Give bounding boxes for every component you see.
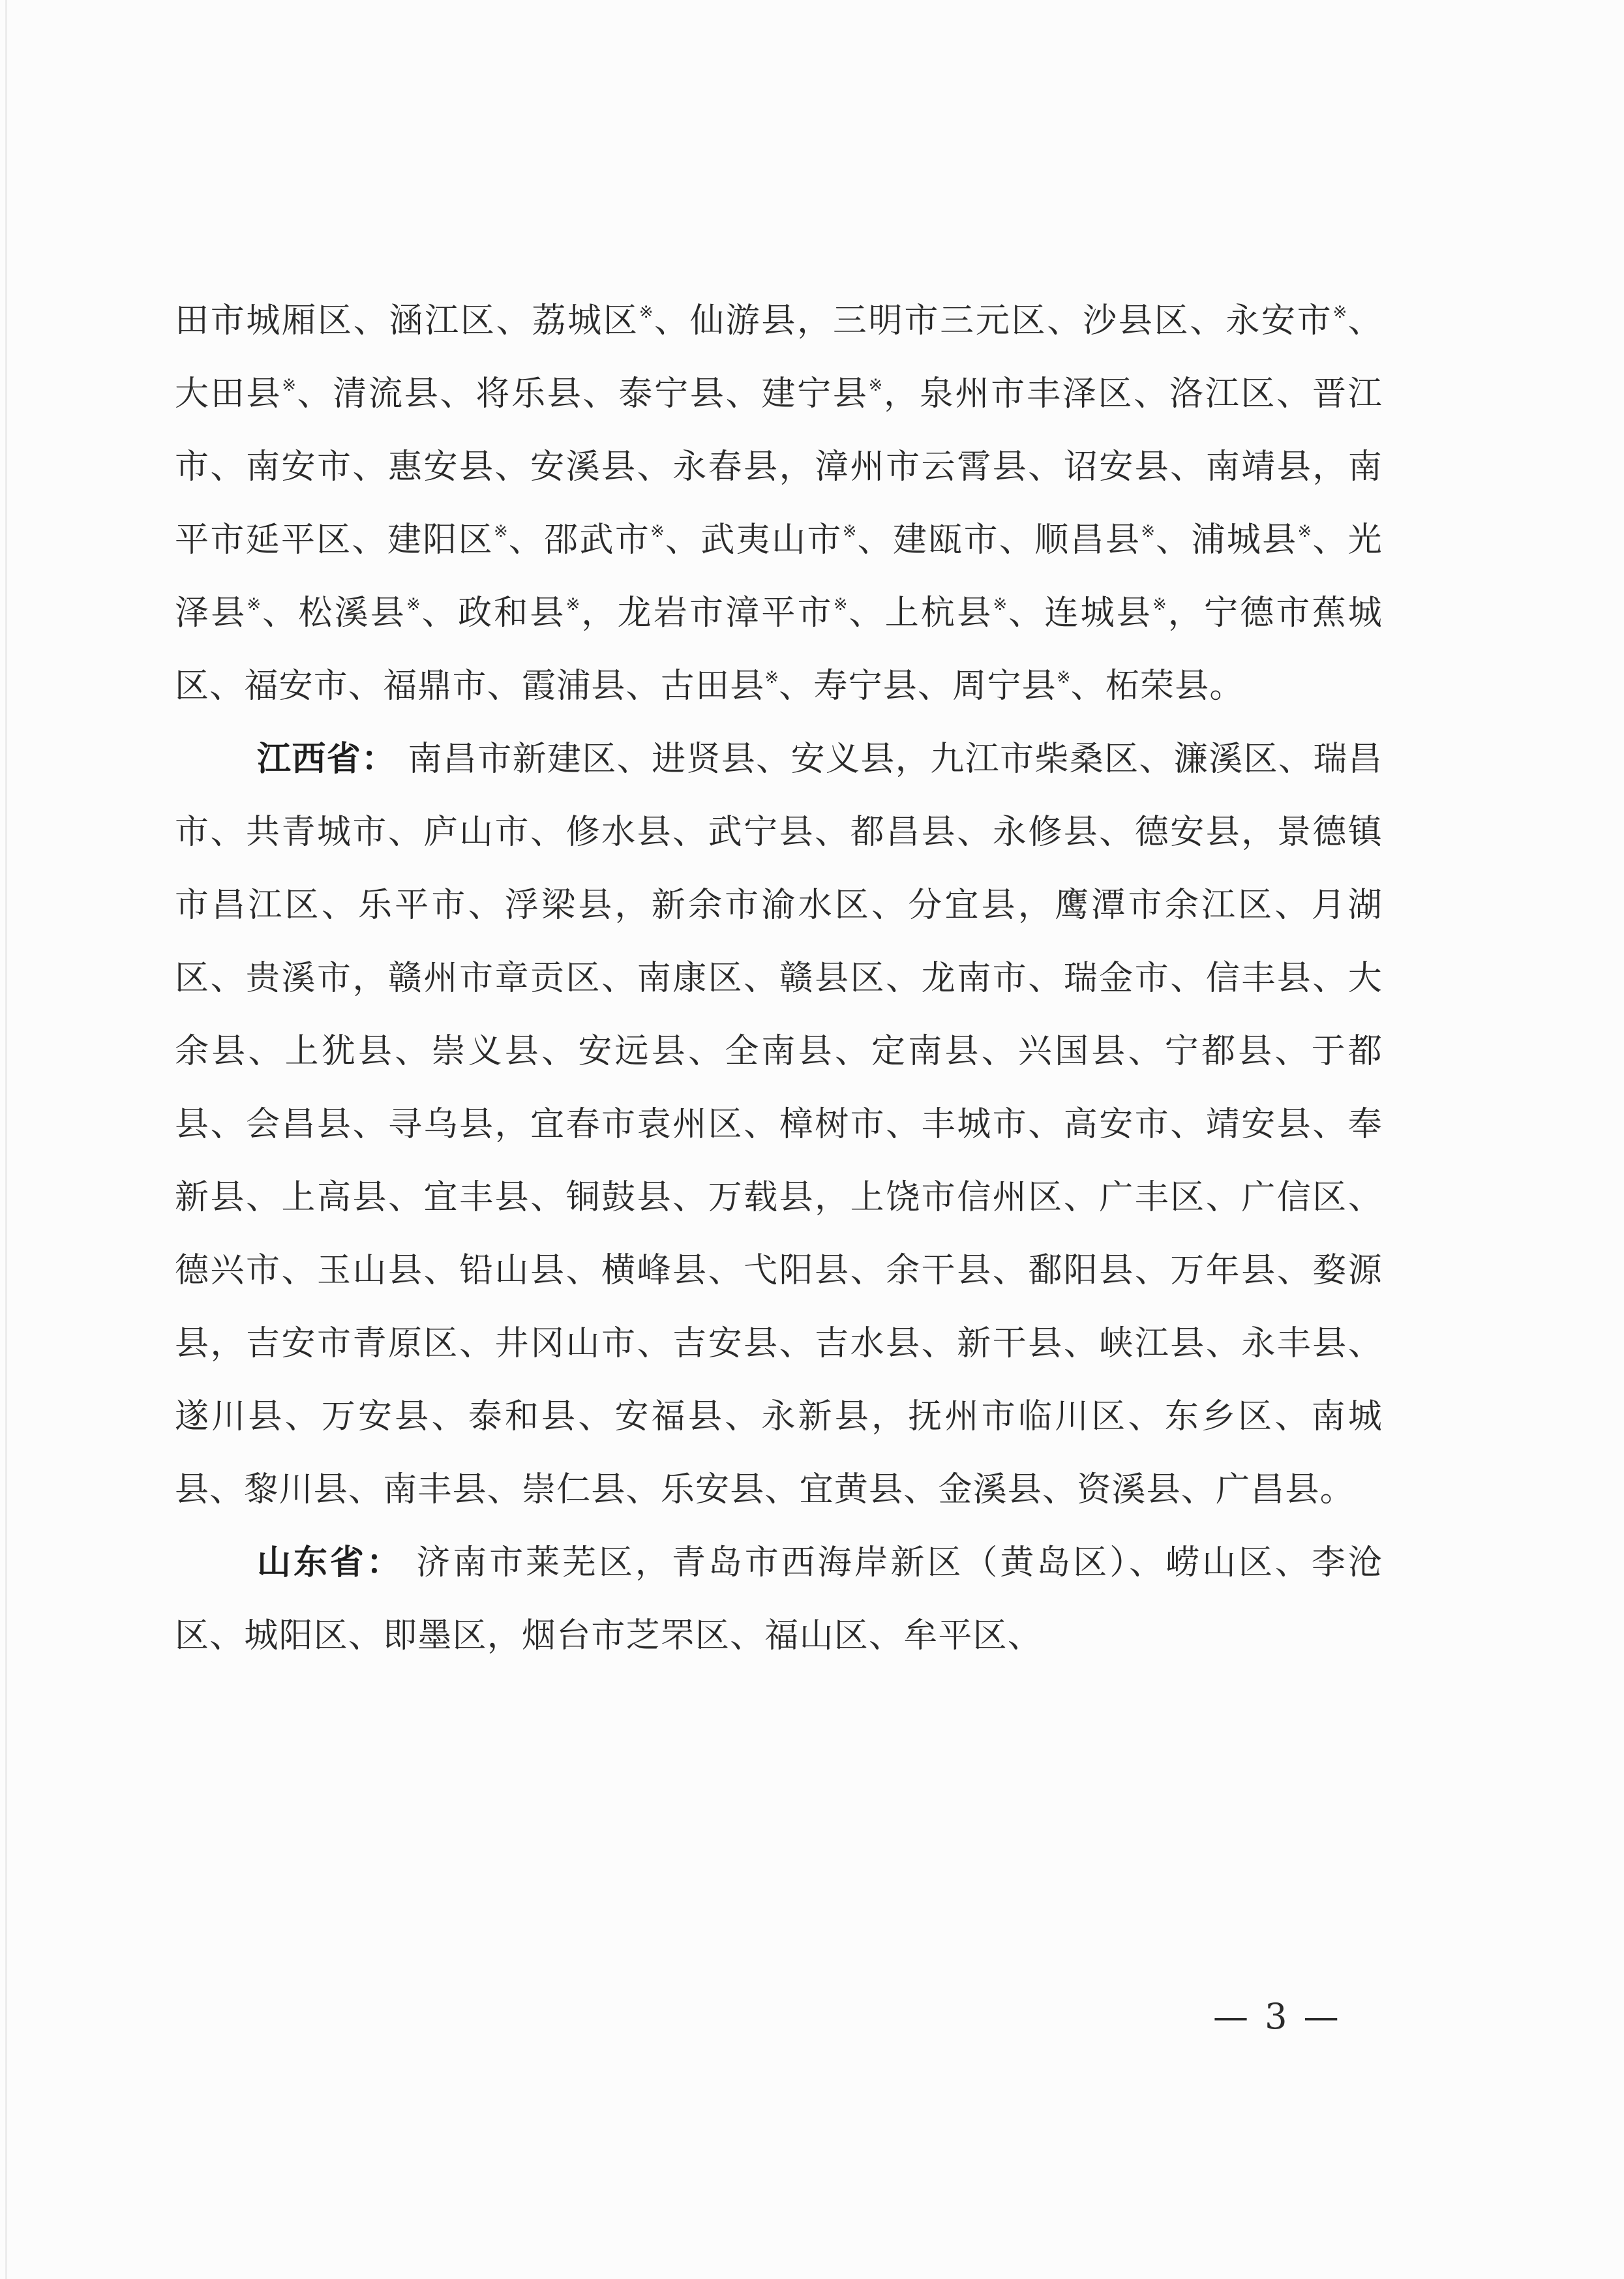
reference-mark-icon: ※ [1141,522,1156,541]
document-body: 田市城厢区、涵江区、荔城区※、仙游县，三明市三元区、沙县区、永安市※、大田县※、… [175,284,1383,1672]
reference-mark-icon: ※ [1298,522,1313,541]
reference-mark-icon: ※ [282,376,297,395]
text-run: 、清流县、将乐县、泰宁县、建宁县 [297,374,869,414]
reference-mark-icon: ※ [869,376,884,395]
text-run: 、建瓯市、顺昌县 [858,521,1141,560]
reference-mark-icon: ※ [1332,303,1347,322]
reference-mark-icon: ※ [406,595,422,614]
text-run: 田市城厢区、涵江区、荔城区 [175,301,639,340]
reference-mark-icon: ※ [639,303,654,322]
reference-mark-icon: ※ [764,668,779,687]
text-run: 、柘荣县。 [1071,667,1244,706]
reference-mark-icon: ※ [993,595,1008,614]
reference-mark-icon: ※ [1057,668,1071,687]
paragraph-shandong: 山东省： 济南市莱芜区，青岛市西海岸新区（黄岛区）、崂山区、李沧区、城阳区、即墨… [175,1526,1383,1672]
reference-mark-icon: ※ [247,595,262,614]
page-number: — 3 — [1213,1996,1342,2037]
reference-mark-icon: ※ [566,595,582,614]
text-run: 、政和县 [422,594,566,633]
text-run: 南昌市新建区、进贤县、安义县，九江市柴桑区、濂溪区、瑞昌市、共青城市、庐山市、修… [175,740,1383,1509]
province-heading: 江西省： [257,740,397,779]
reference-mark-icon: ※ [1152,595,1168,614]
province-heading: 山东省： [257,1543,403,1582]
text-run: ，龙岩市漳平市 [581,594,833,633]
page-edge [5,0,7,2279]
text-run: 、连城县 [1008,594,1152,633]
reference-mark-icon: ※ [834,595,849,614]
paragraph-jiangxi: 江西省： 南昌市新建区、进贤县、安义县，九江市柴桑区、濂溪区、瑞昌市、共青城市、… [175,723,1383,1526]
paragraph-fujian-continued: 田市城厢区、涵江区、荔城区※、仙游县，三明市三元区、沙县区、永安市※、大田县※、… [175,284,1383,723]
text-run: 、松溪县 [262,594,406,633]
text-run: 、武夷山市 [665,521,843,560]
text-run: 、仙游县，三明市三元区、沙县区、永安市 [654,301,1332,340]
reference-mark-icon: ※ [494,522,509,541]
reference-mark-icon: ※ [650,522,665,541]
text-run: 、寿宁县、周宁县 [779,667,1057,706]
text-run: 、上杭县 [849,594,993,633]
reference-mark-icon: ※ [843,522,858,541]
text-run: 、邵武市 [509,521,650,560]
text-run: 、浦城县 [1156,521,1297,560]
